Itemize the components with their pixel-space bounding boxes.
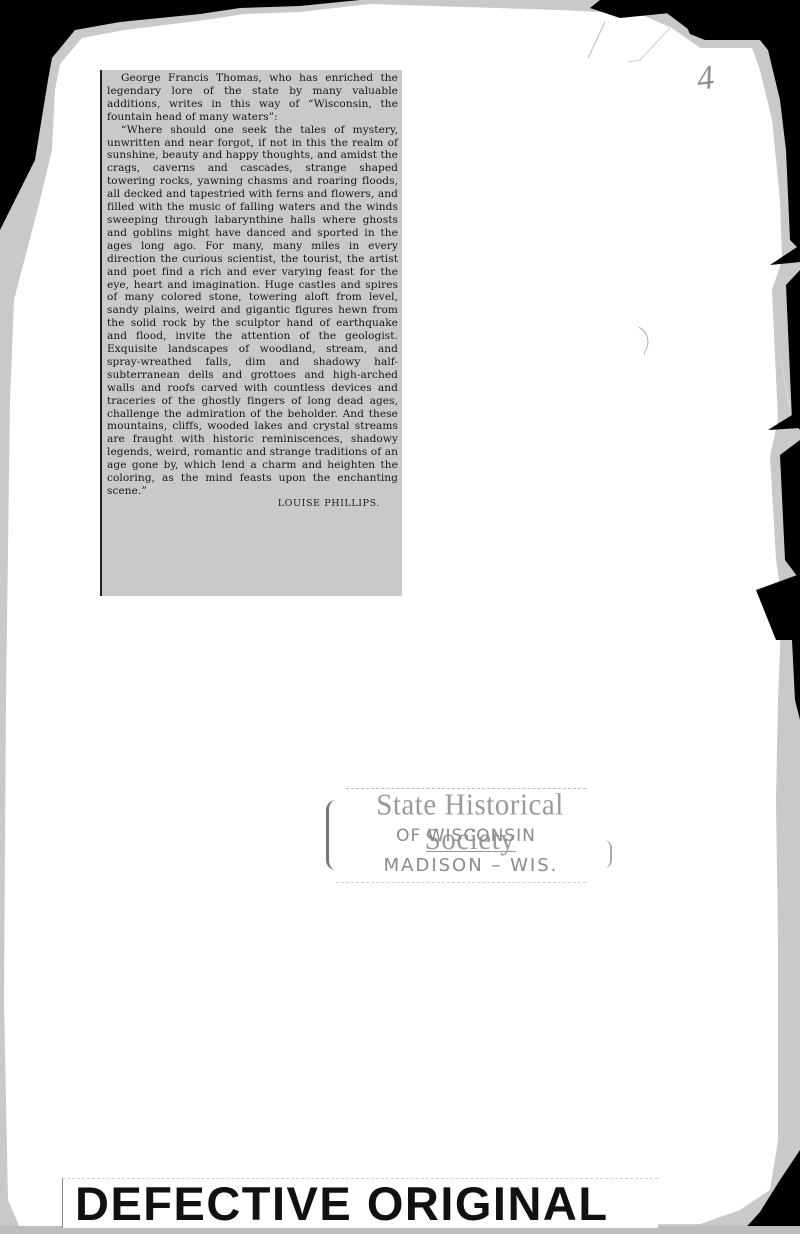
stamp-bottom-rule	[336, 882, 586, 883]
stamp-divider	[426, 851, 516, 852]
stamp-left-bracket	[326, 800, 337, 870]
stamp-right-bracket	[604, 840, 612, 868]
stamp-city: MADISON – WIS.	[346, 855, 596, 876]
newspaper-clipping: George Francis Thomas, who has enriched …	[100, 70, 402, 596]
stamp-state: OF WISCONSIN	[366, 826, 566, 846]
stamp-institution: State Historical Society	[340, 788, 600, 857]
clipping-paragraph-quote: “Where should one seek the tales of myst…	[107, 124, 398, 498]
archive-stamp: State Historical Society OF WISCONSIN MA…	[326, 782, 612, 886]
clipping-paragraph-intro: George Francis Thomas, who has enriched …	[107, 72, 398, 124]
defective-original-banner: DEFECTIVE ORIGINAL	[62, 1178, 658, 1228]
clipping-signature: LOUISE PHILLIPS.	[107, 498, 398, 510]
banner-label: DEFECTIVE ORIGINAL	[75, 1179, 609, 1229]
